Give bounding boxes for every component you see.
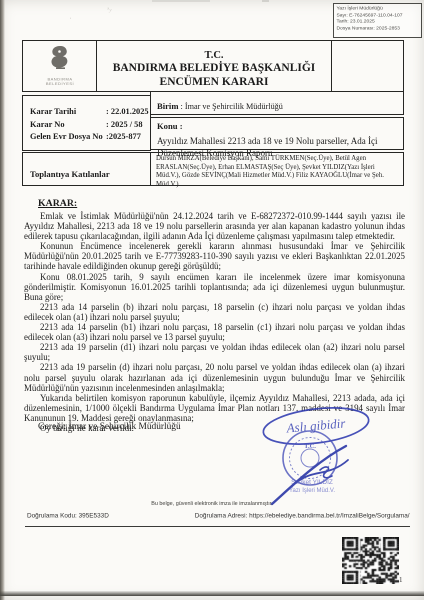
subject-cell: Konu : Ayyıldız Mahallesi 2213 ada 18 ve…: [150, 117, 404, 150]
decision-no-value: : 2025 / 58: [106, 119, 143, 132]
scan-smudge: [262, 0, 269, 2]
certification-stamp: Aslı gibidir T.C. Şevket YILDIZ Yazı İşl…: [250, 396, 386, 512]
attendees-label-cell: Toplantıya Katılanlar: [22, 152, 151, 186]
attendees-label: Toplantıya Katılanlar: [30, 169, 110, 179]
svg-text:Yazı İşleri Müd.V.: Yazı İşleri Müd.V.: [289, 487, 335, 494]
handwritten-mark: ˌ: [69, 10, 72, 19]
qr-code: [342, 537, 399, 584]
svg-text:T.C.: T.C.: [304, 443, 316, 450]
certified-copy-stamp-icon: Aslı gibidir T.C. Şevket YILDIZ Yazı İşl…: [250, 396, 386, 512]
logo-cell: BANDIRMA BELEDİYESİ: [22, 40, 97, 92]
department-value: : İmar ve Şehircilik Müdürlüğü: [178, 102, 282, 111]
header-empty-cell: [331, 40, 404, 92]
title-doc-type: ENCÜMEN KARARI: [97, 76, 331, 90]
esign-note: Bu belge, güvenli elektronik imza ile im…: [0, 500, 424, 509]
verification-address: Doğrulama Adresi: https://ebelediye.band…: [195, 512, 410, 519]
logo-caption-line2: BELEDİYESİ: [23, 82, 96, 87]
title-authority: BANDIRMA BELEDİYE BAŞKANLIĞI: [97, 62, 331, 76]
decision-paragraph: Emlak ve İstimlak Müdürlüğü'nün 24.12.20…: [24, 211, 405, 241]
attendees-names: Dursun MİRZA(Belediye Başkanı), Sami TÜR…: [156, 155, 399, 189]
municipality-logo-bird-icon: [47, 44, 73, 72]
decision-date-row: Karar Tarihi: 22.01.2025: [30, 106, 146, 119]
decision-paragraph: 2213 ada 14 parselin (b1) ihzari nolu pa…: [24, 322, 405, 342]
department-cell: Birim : İmar ve Şehircilik Müdürlüğü: [150, 91, 404, 115]
decision-paragraph: Konunun Encümence incelenerek gerekli ka…: [24, 241, 405, 271]
footer-divider: [25, 526, 410, 527]
incoming-file-value: :2025-877: [106, 131, 141, 144]
decision-date-value: : 22.01.2025: [106, 106, 149, 119]
scan-edge-left: [0, 0, 5, 600]
decision-date-label: Karar Tarihi: [30, 106, 106, 119]
handwritten-mark: ’ʸ: [106, 6, 111, 16]
decision-paragraph: 2213 ada 19 parselin (d) ihzari nolu par…: [24, 362, 405, 392]
decision-paragraph: 2213 ada 19 parselin (d1) ihzari nolu pa…: [24, 342, 405, 362]
incoming-file-row: Gelen Evr Dosya No:2025-877: [30, 131, 146, 144]
title-tc: T.C.: [97, 41, 331, 62]
action-required-line: Gereği: İmar ve Şehircilik Müdürlüğü: [38, 422, 181, 432]
logo-caption: BANDIRMA BELEDİYESİ: [23, 77, 96, 86]
page-number: 1: [399, 576, 403, 584]
scan-edge-bottom: [0, 591, 424, 596]
decision-no-label: Karar No: [30, 119, 106, 132]
decision-paragraph: Konu 08.01.2025 tarih, 9 sayılı encümen …: [24, 272, 405, 302]
department-label: Birim: [157, 101, 178, 111]
incoming-file-label: Gelen Evr Dosya No: [30, 131, 106, 144]
attendees-cell: Dursun MİRZA(Belediye Başkanı), Sami TÜR…: [150, 152, 404, 186]
document-title-cell: T.C. BANDIRMA BELEDİYE BAŞKANLIĞI ENCÜME…: [96, 40, 332, 92]
svg-text:Aslı gibidir: Aslı gibidir: [285, 415, 347, 435]
decision-no-row: Karar No: 2025 / 58: [30, 119, 146, 132]
registry-stamp-box: Yazı İşleri Müdürlüğü Sayı: E-76245697-1…: [333, 3, 422, 38]
scan-smudge: [152, 0, 210, 2]
verification-code: Doğrulama Kodu: 395E533D: [27, 512, 109, 519]
decision-meta-cell: Karar Tarihi: 22.01.2025 Karar No: 2025 …: [22, 95, 151, 151]
esign-note-text: Bu belge, güvenli elektronik imza ile im…: [68, 500, 356, 506]
registry-dosya: Dosya Numarası: 2025-2853: [336, 25, 422, 32]
subject-label: Konu :: [157, 121, 403, 131]
decision-heading: KARAR:: [38, 198, 405, 209]
decision-paragraph: 2213 ada 14 parselin (b) ihzari nolu par…: [24, 302, 405, 322]
scanned-document-page: ˌ ’ʸ Yazı İşleri Müdürlüğü Sayı: E-76245…: [0, 0, 424, 600]
